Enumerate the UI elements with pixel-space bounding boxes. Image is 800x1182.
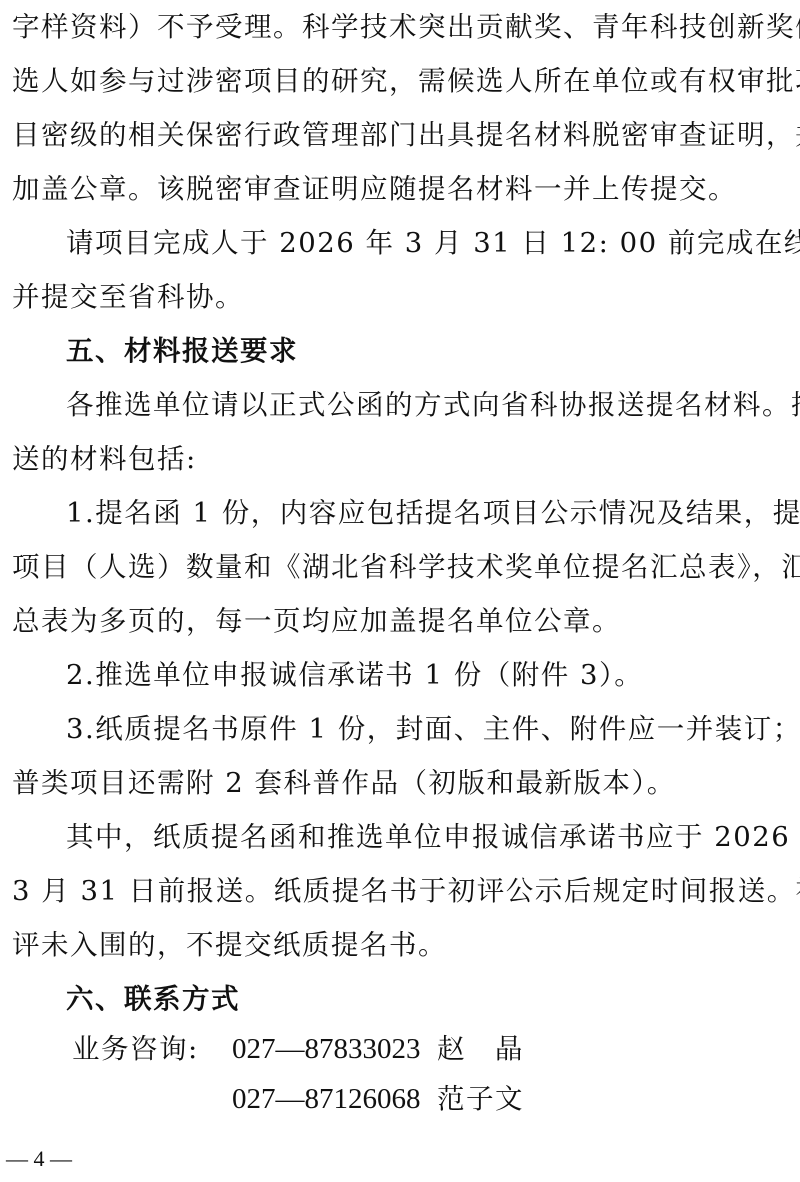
- deadline-text-line: 请项目完成人于 2026 年 3 月 31 日 12: 00 前完成在线填报，: [66, 216, 792, 270]
- list-item-1: 1.提名函 1 份，内容应包括提名项目公示情况及结果，提名: [66, 486, 792, 540]
- list-item-2: 2.推选单位申报诚信承诺书 1 份（附件 3）。: [66, 648, 643, 702]
- body-text-line: 目密级的相关保密行政管理部门出具提名材料脱密审查证明，并: [12, 108, 792, 162]
- list-item-1-cont: 项目（人选）数量和《湖北省科学技术奖单位提名汇总表》，汇: [12, 540, 792, 594]
- deadline-text-line: 并提交至省科协。: [12, 270, 244, 324]
- note-text-line: 3 月 31 日前报送。纸质提名书于初评公示后规定时间报送。初: [12, 864, 792, 918]
- list-item-3: 3.纸质提名书原件 1 份，封面、主件、附件应一并装订；科: [66, 702, 792, 756]
- page-number: — 4 —: [6, 1144, 72, 1174]
- note-text-line: 评未入围的，不提交纸质提名书。: [12, 918, 447, 972]
- contact-name: 范子文: [437, 1072, 524, 1126]
- contact-label: 业务咨询:: [72, 1022, 199, 1076]
- contact-name: 赵 晶: [437, 1022, 524, 1076]
- contact-phone: 027—87833023: [232, 1022, 421, 1076]
- body-text-line: 各推选单位请以正式公函的方式向省科协报送提名材料。报: [66, 378, 792, 432]
- list-item-3-cont: 普类项目还需附 2 套科普作品（初版和最新版本）。: [12, 756, 676, 810]
- body-text-line: 送的材料包括:: [12, 432, 197, 486]
- list-item-1-cont: 总表为多页的，每一页均应加盖提名单位公章。: [12, 594, 621, 648]
- note-text-line: 其中，纸质提名函和推选单位申报诚信承诺书应于 2026 年: [66, 810, 792, 864]
- body-text-line: 选人如参与过涉密项目的研究，需候选人所在单位或有权审批项: [12, 54, 792, 108]
- body-text-line: 加盖公章。该脱密审查证明应随提名材料一并上传提交。: [12, 162, 737, 216]
- section-heading-6: 六、联系方式: [66, 972, 240, 1026]
- contact-phone: 027—87126068: [232, 1072, 421, 1126]
- body-text-line: 字样资料）不予受理。科学技术突出贡献奖、青年科技创新奖候: [12, 0, 792, 54]
- section-heading-5: 五、材料报送要求: [66, 324, 298, 378]
